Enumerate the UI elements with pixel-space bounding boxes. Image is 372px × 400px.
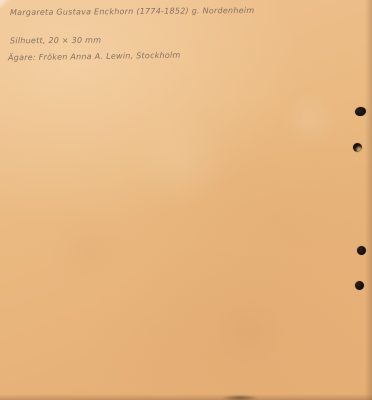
corner-highlight	[0, 0, 10, 8]
scanned-card: Margareta Gustava Enckhorn (1774-1852) g…	[0, 0, 372, 400]
handwritten-owner-line: Ägare: Fröken Anna A. Lewin, Stockholm	[8, 51, 181, 63]
paper-edge-shadow-bottom	[0, 394, 372, 400]
handwritten-subject-line: Margareta Gustava Enckhorn (1774-1852) g…	[10, 6, 254, 17]
paper-edge-shadow-right	[365, 0, 372, 400]
ink-dot	[355, 281, 364, 290]
ink-dot	[353, 143, 362, 152]
handwritten-object-line: Silhuett, 20 × 30 mm	[10, 36, 101, 46]
